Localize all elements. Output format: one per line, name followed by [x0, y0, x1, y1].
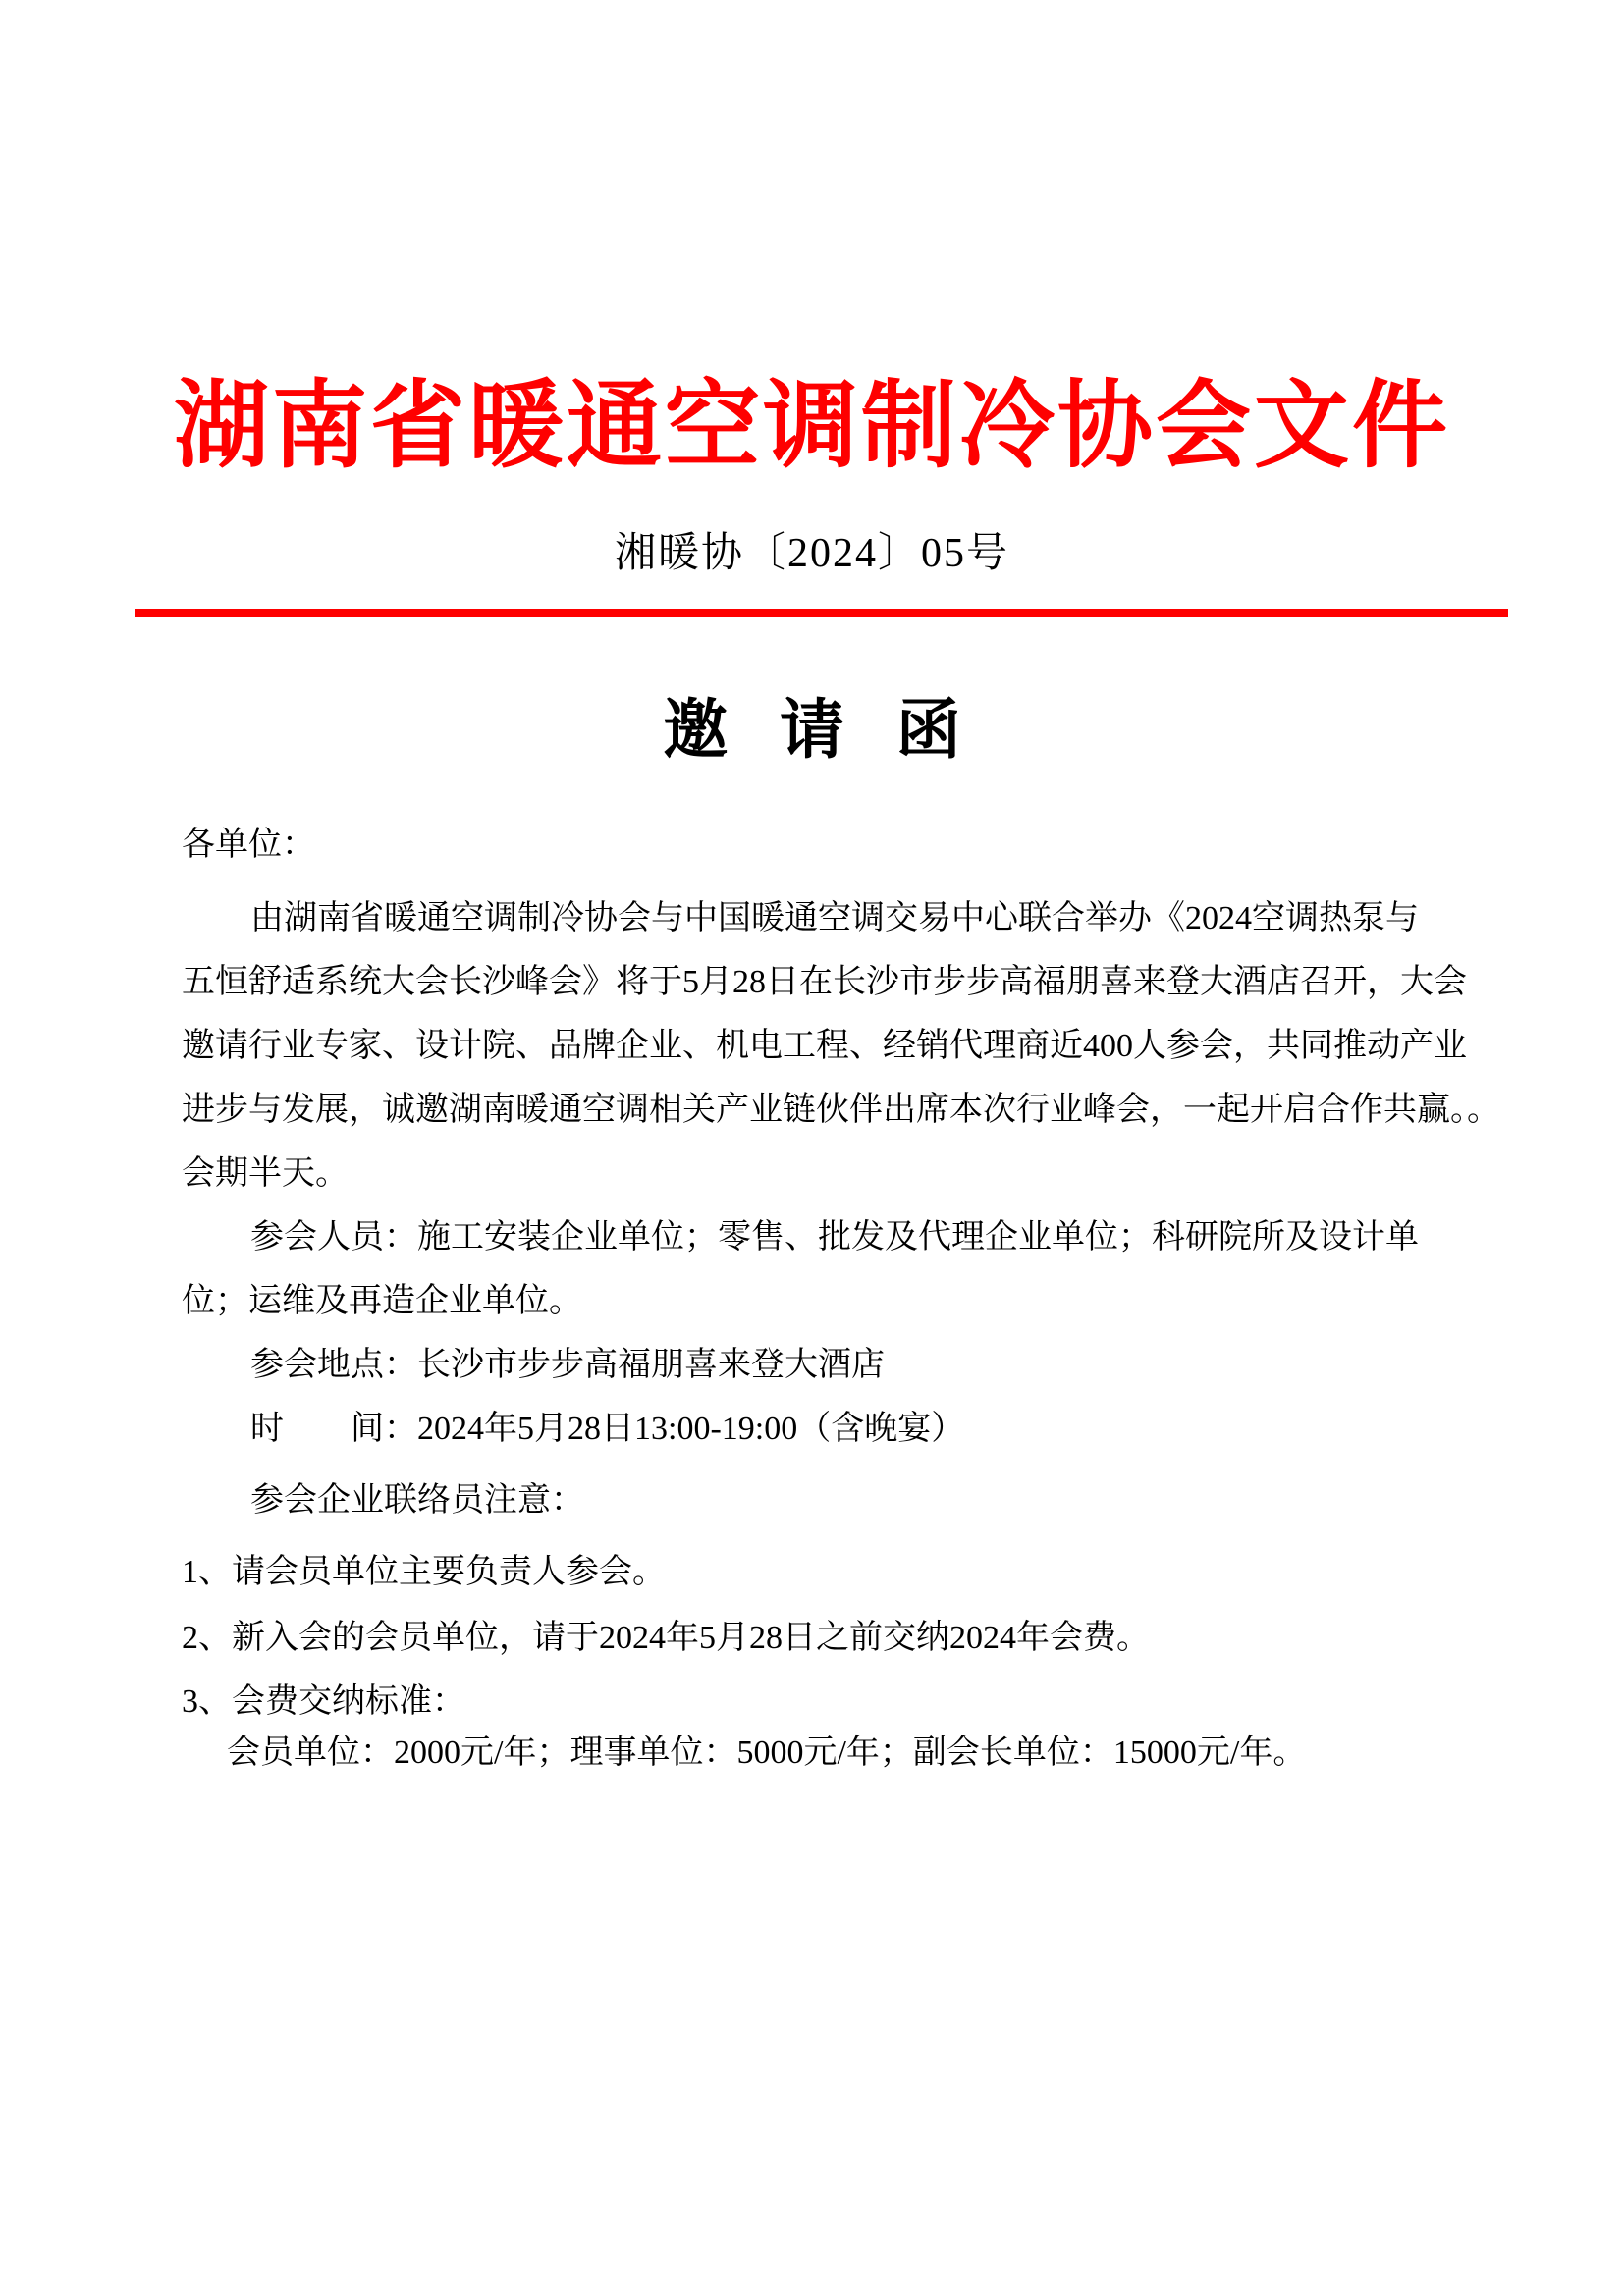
letter-title: 邀 请 函 — [0, 687, 1624, 775]
list-item-1: 1、请会员单位主要负责人参会。 — [182, 1540, 1467, 1604]
document-page: 湖南省暖通空调制冷协会文件 湘暖协〔2024〕05号 邀 请 函 各单位： 由湖… — [0, 0, 1624, 2296]
time-line: 时 间：2024年5月28日13:00-19:00（含晚宴） — [182, 1397, 1467, 1461]
notice-line: 参会企业联络员注意： — [182, 1468, 1467, 1532]
list-item-3: 3、会费交纳标准： — [182, 1670, 1467, 1734]
paragraph-line: 五恒舒适系统大会长沙峰会》将于5月28日在长沙市步步高福朋喜来登大酒店召开，大会 — [182, 950, 1467, 1014]
greeting-line: 各单位： — [182, 813, 1467, 877]
paragraph-line: 邀请行业专家、设计院、品牌企业、机电工程、经销代理商近400人参会，共同推动产业 — [182, 1014, 1467, 1078]
attendees-line: 位；运维及再造企业单位。 — [182, 1269, 1467, 1333]
red-divider — [135, 609, 1508, 617]
paragraph-line: 由湖南省暖通空调制冷协会与中国暖通空调交易中心联合举办《2024空调热泵与 — [182, 886, 1467, 950]
paragraph-line: 会期半天。 — [182, 1142, 1467, 1205]
fee-detail-line: 会员单位：2000元/年；理事单位：5000元/年；副会长单位：15000元/年… — [182, 1729, 1467, 1778]
paragraph-line: 进步与发展，诚邀湖南暖通空调相关产业链伙伴出席本次行业峰会，一起开启合作共赢。。 — [182, 1078, 1467, 1142]
list-item-2: 2、新入会的会员单位，请于2024年5月28日之前交纳2024年会费。 — [182, 1606, 1467, 1670]
attendees-line: 参会人员：施工安装企业单位；零售、批发及代理企业单位；科研院所及设计单 — [182, 1205, 1467, 1269]
org-title: 湖南省暖通空调制冷协会文件 — [0, 371, 1624, 481]
doc-number: 湘暖协〔2024〕05号 — [0, 528, 1624, 579]
letter-body: 各单位： 由湖南省暖通空调制冷协会与中国暖通空调交易中心联合举办《2024空调热… — [182, 813, 1467, 1778]
venue-line: 参会地点：长沙市步步高福朋喜来登大酒店 — [182, 1333, 1467, 1397]
